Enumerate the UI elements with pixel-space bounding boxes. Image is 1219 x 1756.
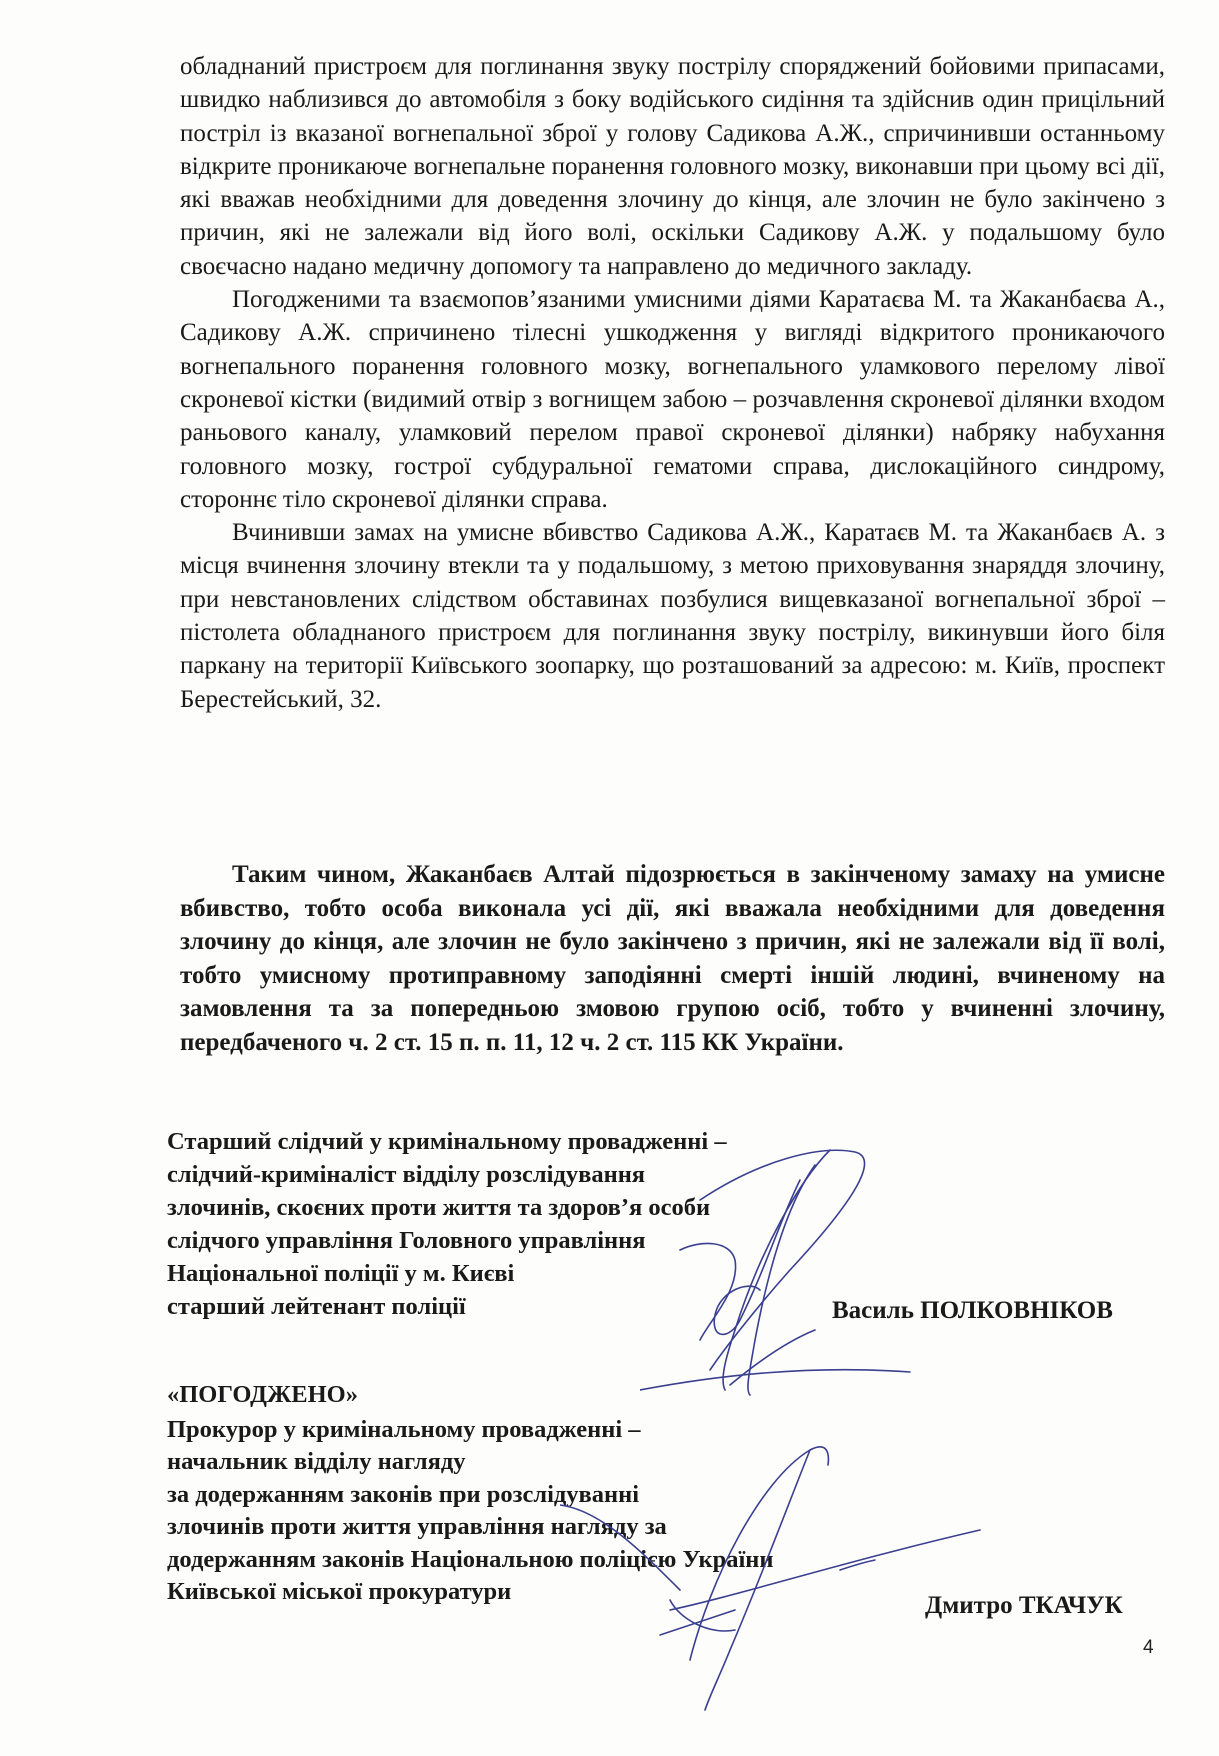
- paragraph-1: обладнаний пристроєм для поглинання звук…: [180, 50, 1165, 283]
- investigator-title-block: Старший слідчий у кримінальному провадже…: [167, 1125, 867, 1323]
- investigator-title-line: злочинів, скоєних проти життя та здоров’…: [167, 1191, 867, 1224]
- prosecutor-title-line: за додержанням законів при розслідуванні: [167, 1479, 927, 1512]
- approval-label: «ПОГОДЖЕНО»: [167, 1379, 927, 1412]
- paragraph-3: Вчинивши замах на умисне вбивство Садико…: [180, 516, 1165, 716]
- prosecutor-title-line: злочинів проти життя управління нагляду …: [167, 1511, 927, 1544]
- prosecutor-title-block: «ПОГОДЖЕНО» Прокурор у кримінальному про…: [167, 1379, 927, 1609]
- page-number: 4: [1143, 1637, 1154, 1659]
- investigator-title-line: слідчий-криміналіст відділу розслідуванн…: [167, 1158, 867, 1191]
- document-page: обладнаний пристроєм для поглинання звук…: [0, 0, 1219, 1756]
- prosecutor-title-line: начальник відділу нагляду: [167, 1446, 927, 1479]
- document-body: обладнаний пристроєм для поглинання звук…: [180, 50, 1165, 716]
- prosecutor-title-line: додержанням законів Національною поліціє…: [167, 1544, 927, 1577]
- investigator-name: Василь ПОЛКОВНІКОВ: [832, 1297, 1113, 1325]
- paragraph-2: Погодженими та взаємопов’язаними умисним…: [180, 283, 1165, 516]
- conclusion-section: Таким чином, Жаканбаєв Алтай підозрюєтьс…: [180, 858, 1165, 1059]
- investigator-title-line: слідчого управління Головного управління: [167, 1224, 867, 1257]
- prosecutor-title-line: Київської міської прокуратури: [167, 1576, 927, 1609]
- investigator-title-line: старший лейтенант поліції: [167, 1290, 867, 1323]
- investigator-title-line: Старший слідчий у кримінальному провадже…: [167, 1125, 867, 1158]
- conclusion-paragraph: Таким чином, Жаканбаєв Алтай підозрюєтьс…: [180, 858, 1165, 1059]
- prosecutor-title-line: Прокурор у кримінальному провадженні –: [167, 1414, 927, 1447]
- prosecutor-name: Дмитро ТКАЧУК: [925, 1592, 1123, 1620]
- investigator-title-line: Національної поліції у м. Києві: [167, 1257, 867, 1290]
